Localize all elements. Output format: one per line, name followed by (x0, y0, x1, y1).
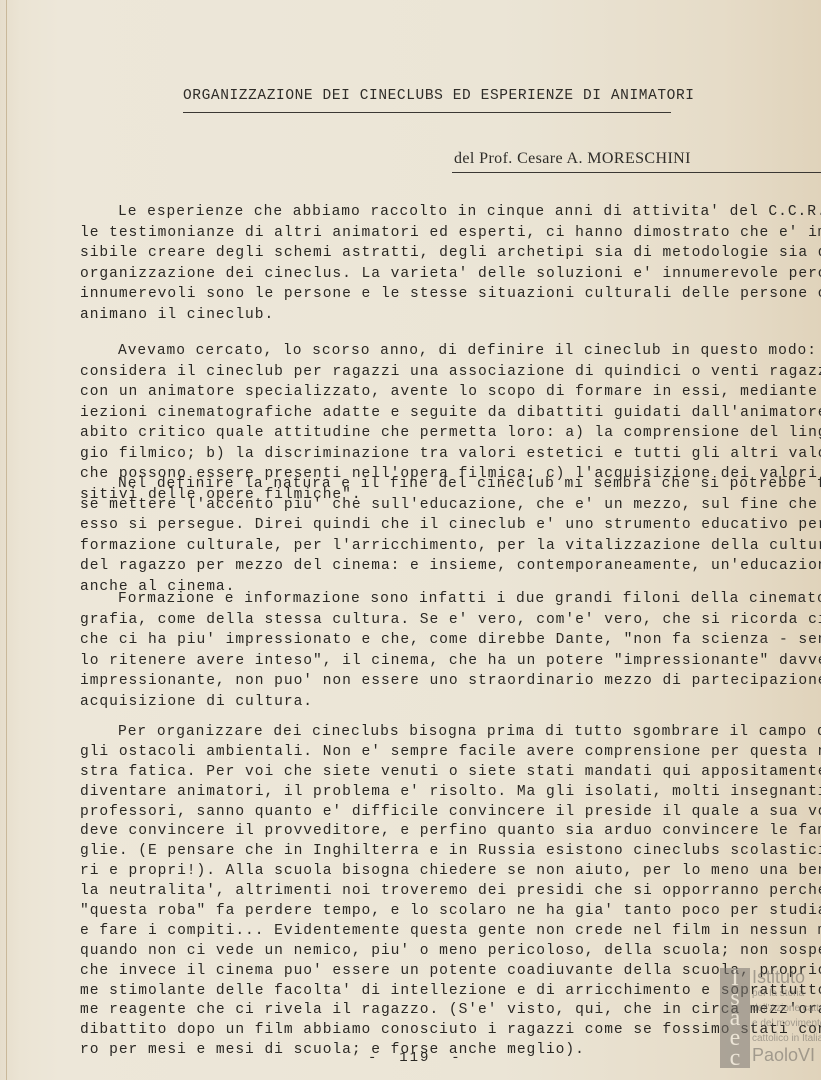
paragraph-3: Nel definire la natura e il fine del cin… (80, 474, 780, 597)
text-line: abito critico quale attitudine che perme… (80, 423, 780, 444)
author-line: del Prof. Cesare A. MORESCHINI (454, 150, 691, 168)
watermark-line: cattolico in Italia (752, 1031, 821, 1046)
institute-watermark-logo: I s a e c Istituto per la storia dell'Az… (720, 968, 821, 1078)
paragraph-1: Le esperienze che abbiamo raccolto in ci… (80, 202, 780, 325)
text-line: del ragazzo per mezzo del cinema: e insi… (80, 556, 780, 577)
text-line: esso si persegue. Direi quindi che il ci… (80, 515, 780, 536)
text-line: iezioni cinematografiche adatte e seguit… (80, 403, 780, 424)
text-line: la neutralita', altrimenti noi troveremo… (80, 882, 780, 902)
text-line: con un animatore specializzato, avente l… (80, 382, 780, 403)
text-line: quando non ci vede un nemico, piu' o men… (80, 942, 780, 962)
watermark-line: dell'Azione cattolica (752, 1001, 821, 1016)
text-line: professori, sanno quanto e' difficile co… (80, 803, 780, 823)
watermark-line: per la storia (752, 986, 821, 1001)
text-line: sibile creare degli schemi astratti, deg… (80, 243, 780, 264)
text-line: dibattito dopo un film abbiamo conosciut… (80, 1021, 780, 1041)
watermark-line: e del movimento (752, 1016, 821, 1031)
text-line: Nel definire la natura e il fine del cin… (80, 474, 780, 495)
text-line: Avevamo cercato, lo scorso anno, di defi… (80, 341, 780, 362)
text-line: ri e propri!). Alla scuola bisogna chied… (80, 862, 780, 882)
text-line: acquisizione di cultura. (80, 692, 780, 713)
monogram-letter: c (720, 1048, 750, 1068)
text-line: me reagente che ci rivela il ragazzo. (S… (80, 1001, 780, 1021)
text-line: le testimonianze di altri animatori ed e… (80, 223, 780, 244)
text-line: lo ritenere avere inteso", il cinema, ch… (80, 651, 780, 672)
watermark-monogram: I s a e c (720, 968, 750, 1068)
text-line: Formazione e informazione sono infatti i… (80, 589, 780, 610)
text-line: deve convincere il provveditore, e perfi… (80, 822, 780, 842)
text-line: organizzazione dei cineclus. La varieta'… (80, 264, 780, 285)
title-underline (183, 112, 671, 113)
text-line: Le esperienze che abbiamo raccolto in ci… (80, 202, 780, 223)
text-line: grafia, come della stessa cultura. Se e'… (80, 610, 780, 631)
text-line: glie. (E pensare che in Inghilterra e in… (80, 842, 780, 862)
paragraph-4: Formazione e informazione sono infatti i… (80, 589, 780, 712)
text-line: che invece il cinema puo' essere un pote… (80, 962, 780, 982)
author-underline (452, 172, 821, 173)
watermark-line: Istituto (752, 968, 821, 986)
text-line: considera il cineclub per ragazzi una as… (80, 362, 780, 383)
text-line: "questa roba" fa perdere tempo, e lo sco… (80, 902, 780, 922)
text-line: innumerevoli sono le persone e le stesse… (80, 284, 780, 305)
paragraph-5: Per organizzare dei cineclubs bisogna pr… (80, 723, 780, 1061)
text-line: che ci ha piu' impressionato e che, come… (80, 630, 780, 651)
page-edge (6, 0, 7, 1080)
text-line: se mettere l'accento piu' che sull'educa… (80, 495, 780, 516)
text-line: Per organizzare dei cineclubs bisogna pr… (80, 723, 780, 743)
text-line: animano il cineclub. (80, 305, 780, 326)
text-line: formazione culturale, per l'arricchiment… (80, 536, 780, 557)
text-line: diventare animatori, il problema e' riso… (80, 783, 780, 803)
text-line: stra fatica. Per voi che siete venuti o … (80, 763, 780, 783)
watermark-line: PaoloVI (752, 1046, 821, 1064)
text-line: impressionante, non puo' non essere uno … (80, 671, 780, 692)
text-line: gli ostacoli ambientali. Non e' sempre f… (80, 743, 780, 763)
text-line: gio filmico; b) la discriminazione tra v… (80, 444, 780, 465)
page-number: - 119 - (368, 1050, 462, 1066)
watermark-text: Istituto per la storia dell'Azione catto… (752, 968, 821, 1064)
text-line: e fare i compiti... Evidentemente questa… (80, 922, 780, 942)
document-title: ORGANIZZAZIONE DEI CINECLUBS ED ESPERIEN… (183, 88, 683, 104)
text-line: me stimolante delle facolta' di intellez… (80, 982, 780, 1002)
